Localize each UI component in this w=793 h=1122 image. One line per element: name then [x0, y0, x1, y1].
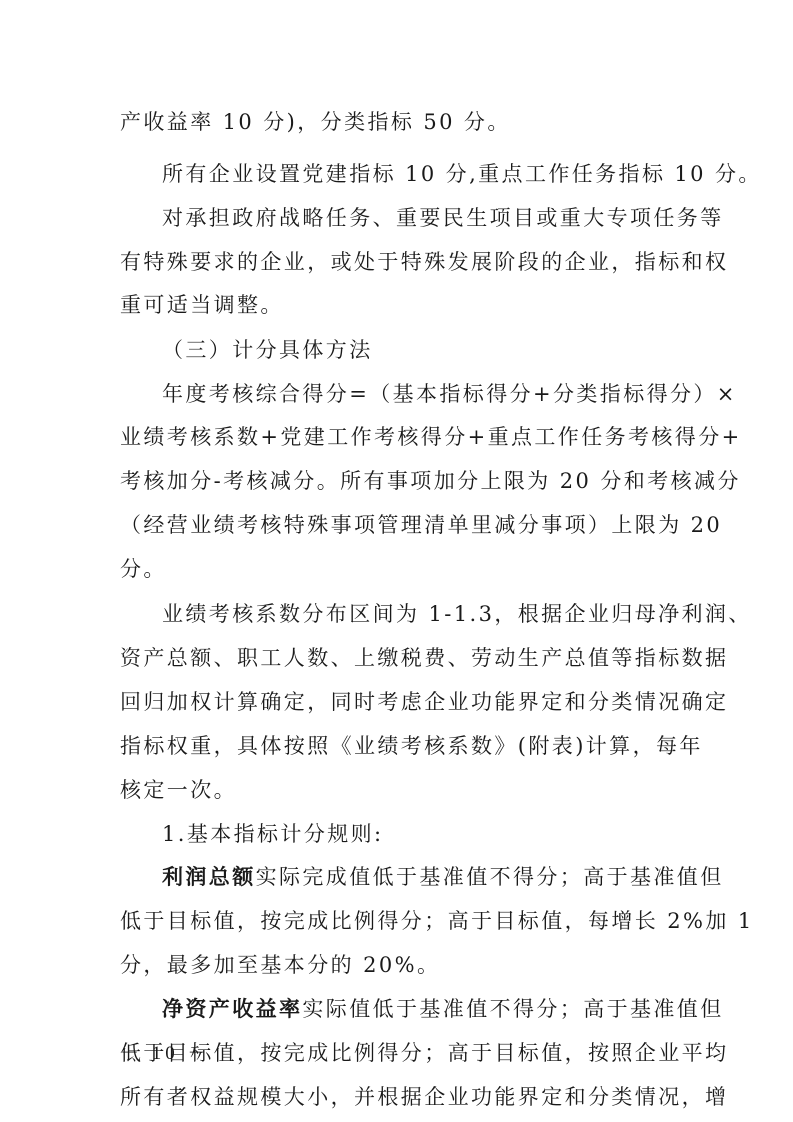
text-line: 1.基本指标计分规则: — [162, 820, 680, 848]
line-text: 重可适当调整。 — [120, 293, 284, 317]
line-text: 分，最多加至基本分的 20%。 — [120, 953, 440, 977]
text-line: 业绩考核系数+党建工作考核得分+重点工作任务考核得分+ — [120, 423, 680, 451]
text-line: 核定一次。 — [120, 776, 680, 804]
line-text: 有特殊要求的企业，或处于特殊发展阶段的企业，指标和权 — [120, 250, 728, 274]
line-text: 所有者权益规模大小，并根据企业功能界定和分类情况，增 — [120, 1085, 728, 1109]
text-line: 回归加权计算确定，同时考虑企业功能界定和分类情况确定 — [120, 688, 680, 716]
text-line: （经营业绩考核特殊事项管理清单里减分事项）上限为 20 — [120, 511, 680, 539]
document-page: 产收益率 10 分)，分类指标 50 分。所有企业设置党建指标 10 分,重点工… — [0, 0, 793, 1122]
page-number: － 10 － — [120, 1038, 211, 1065]
line-text: （经营业绩考核特殊事项管理清单里减分事项）上限为 20 — [120, 513, 722, 537]
text-line: 业绩考核系数分布区间为 1-1.3，根据企业归母净利润、 — [162, 600, 680, 628]
line-text: 实际完成值低于基准值不得分；高于基准值但 — [256, 865, 724, 889]
text-line: 考核加分-考核减分。所有事项加分上限为 20 分和考核减分 — [120, 467, 680, 495]
text-line: 年度考核综合得分=（基本指标得分+分类指标得分）× — [162, 380, 680, 408]
line-text: 所有企业设置党建指标 10 分,重点工作任务指标 10 分。 — [162, 162, 762, 186]
line-text: 对承担政府战略任务、重要民生项目或重大专项任务等 — [162, 206, 724, 230]
text-line: 所有者权益规模大小，并根据企业功能界定和分类情况，增 — [120, 1083, 680, 1111]
bold-term: 净资产收益率 — [162, 996, 302, 1021]
text-line: 低于目标值，按完成比例得分；高于目标值，每增长 2%加 1 — [120, 907, 680, 935]
text-line: 资产总额、职工人数、上缴税费、劳动生产总值等指标数据 — [120, 644, 680, 672]
text-line: 利润总额实际完成值低于基准值不得分；高于基准值但 — [162, 863, 680, 891]
line-text: （三）计分具体方法 — [162, 338, 373, 362]
text-line: 分。 — [120, 555, 680, 583]
line-text: 分。 — [120, 557, 167, 581]
text-line: 重可适当调整。 — [120, 291, 680, 319]
line-text: 低于目标值，按完成比例得分；高于目标值，每增长 2%加 1 — [120, 909, 754, 933]
line-text: 考核加分-考核减分。所有事项加分上限为 20 分和考核减分 — [120, 469, 741, 493]
line-text: 1.基本指标计分规则: — [162, 822, 384, 846]
text-line: 有特殊要求的企业，或处于特殊发展阶段的企业，指标和权 — [120, 248, 680, 276]
text-line: 对承担政府战略任务、重要民生项目或重大专项任务等 — [162, 204, 680, 232]
line-text: 指标权重，具体按照《业绩考核系数》(附表)计算，每年 — [120, 734, 703, 758]
line-text: 产收益率 10 分)，分类指标 50 分。 — [120, 110, 511, 134]
line-text: 实际值低于基准值不得分；高于基准值但 — [302, 997, 723, 1021]
text-line: 所有企业设置党建指标 10 分,重点工作任务指标 10 分。 — [162, 160, 680, 188]
line-text: 核定一次。 — [120, 778, 237, 802]
text-line: 指标权重，具体按照《业绩考核系数》(附表)计算，每年 — [120, 732, 680, 760]
line-text: 业绩考核系数分布区间为 1-1.3，根据企业归母净利润、 — [162, 602, 752, 626]
line-text: 低于目标值，按完成比例得分；高于目标值，按照企业平均 — [120, 1041, 728, 1065]
text-line: （三）计分具体方法 — [162, 336, 680, 364]
line-text: 资产总额、职工人数、上缴税费、劳动生产总值等指标数据 — [120, 646, 728, 670]
text-line: 净资产收益率实际值低于基准值不得分；高于基准值但 — [162, 995, 680, 1023]
text-line: 产收益率 10 分)，分类指标 50 分。 — [120, 108, 680, 136]
line-text: 回归加权计算确定，同时考虑企业功能界定和分类情况确定 — [120, 690, 728, 714]
text-line: 分，最多加至基本分的 20%。 — [120, 951, 680, 979]
line-text: 业绩考核系数+党建工作考核得分+重点工作任务考核得分+ — [120, 425, 742, 449]
line-text: 年度考核综合得分=（基本指标得分+分类指标得分）× — [162, 382, 737, 406]
bold-term: 利润总额 — [162, 864, 256, 889]
